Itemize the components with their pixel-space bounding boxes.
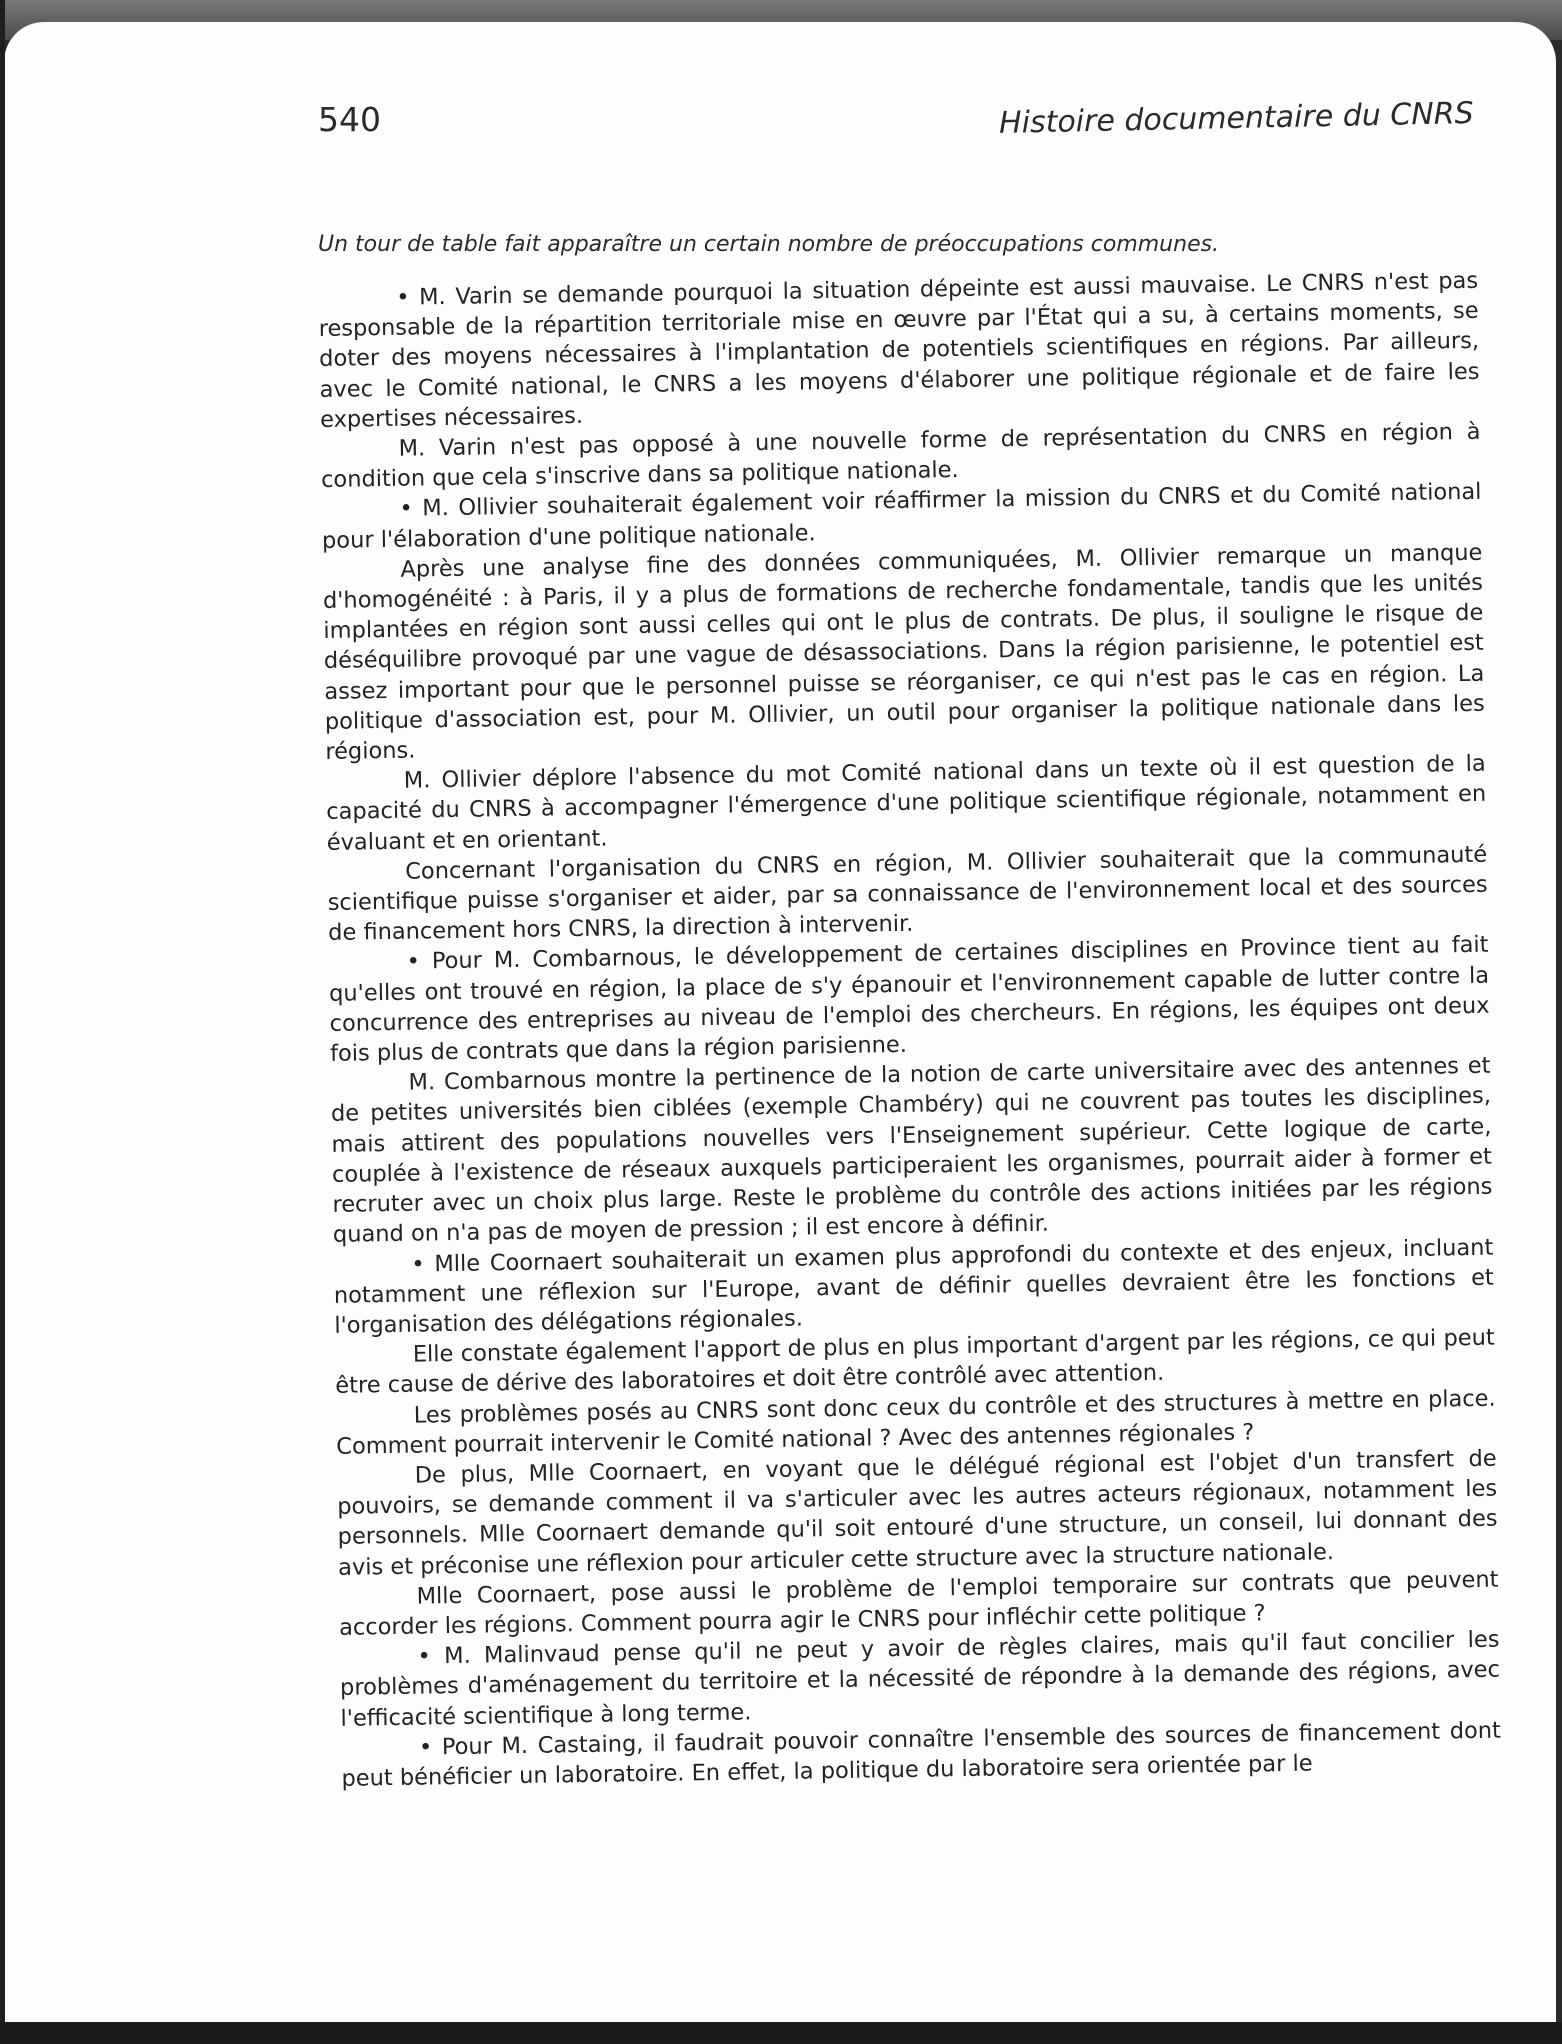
paragraph: M. Combarnous montre la pertinence de la… <box>330 1051 1493 1250</box>
paragraph: De plus, Mlle Coornaert, en voyant que l… <box>337 1444 1499 1583</box>
paragraph: Après une analyse fine des données commu… <box>322 538 1485 768</box>
intro-line: Un tour de table fait apparaître un cert… <box>318 232 1219 257</box>
body-text: • M. Varin se demande pourquoi la situat… <box>318 266 1502 1794</box>
paragraph: • Pour M. Combarnous, le développement d… <box>328 930 1490 1069</box>
paragraph: • M. Varin se demande pourquoi la situat… <box>318 266 1480 435</box>
scanner-left-edge <box>0 0 5 2044</box>
page-number: 540 <box>318 100 381 139</box>
scanner-bottom-edge <box>0 2022 1562 2044</box>
